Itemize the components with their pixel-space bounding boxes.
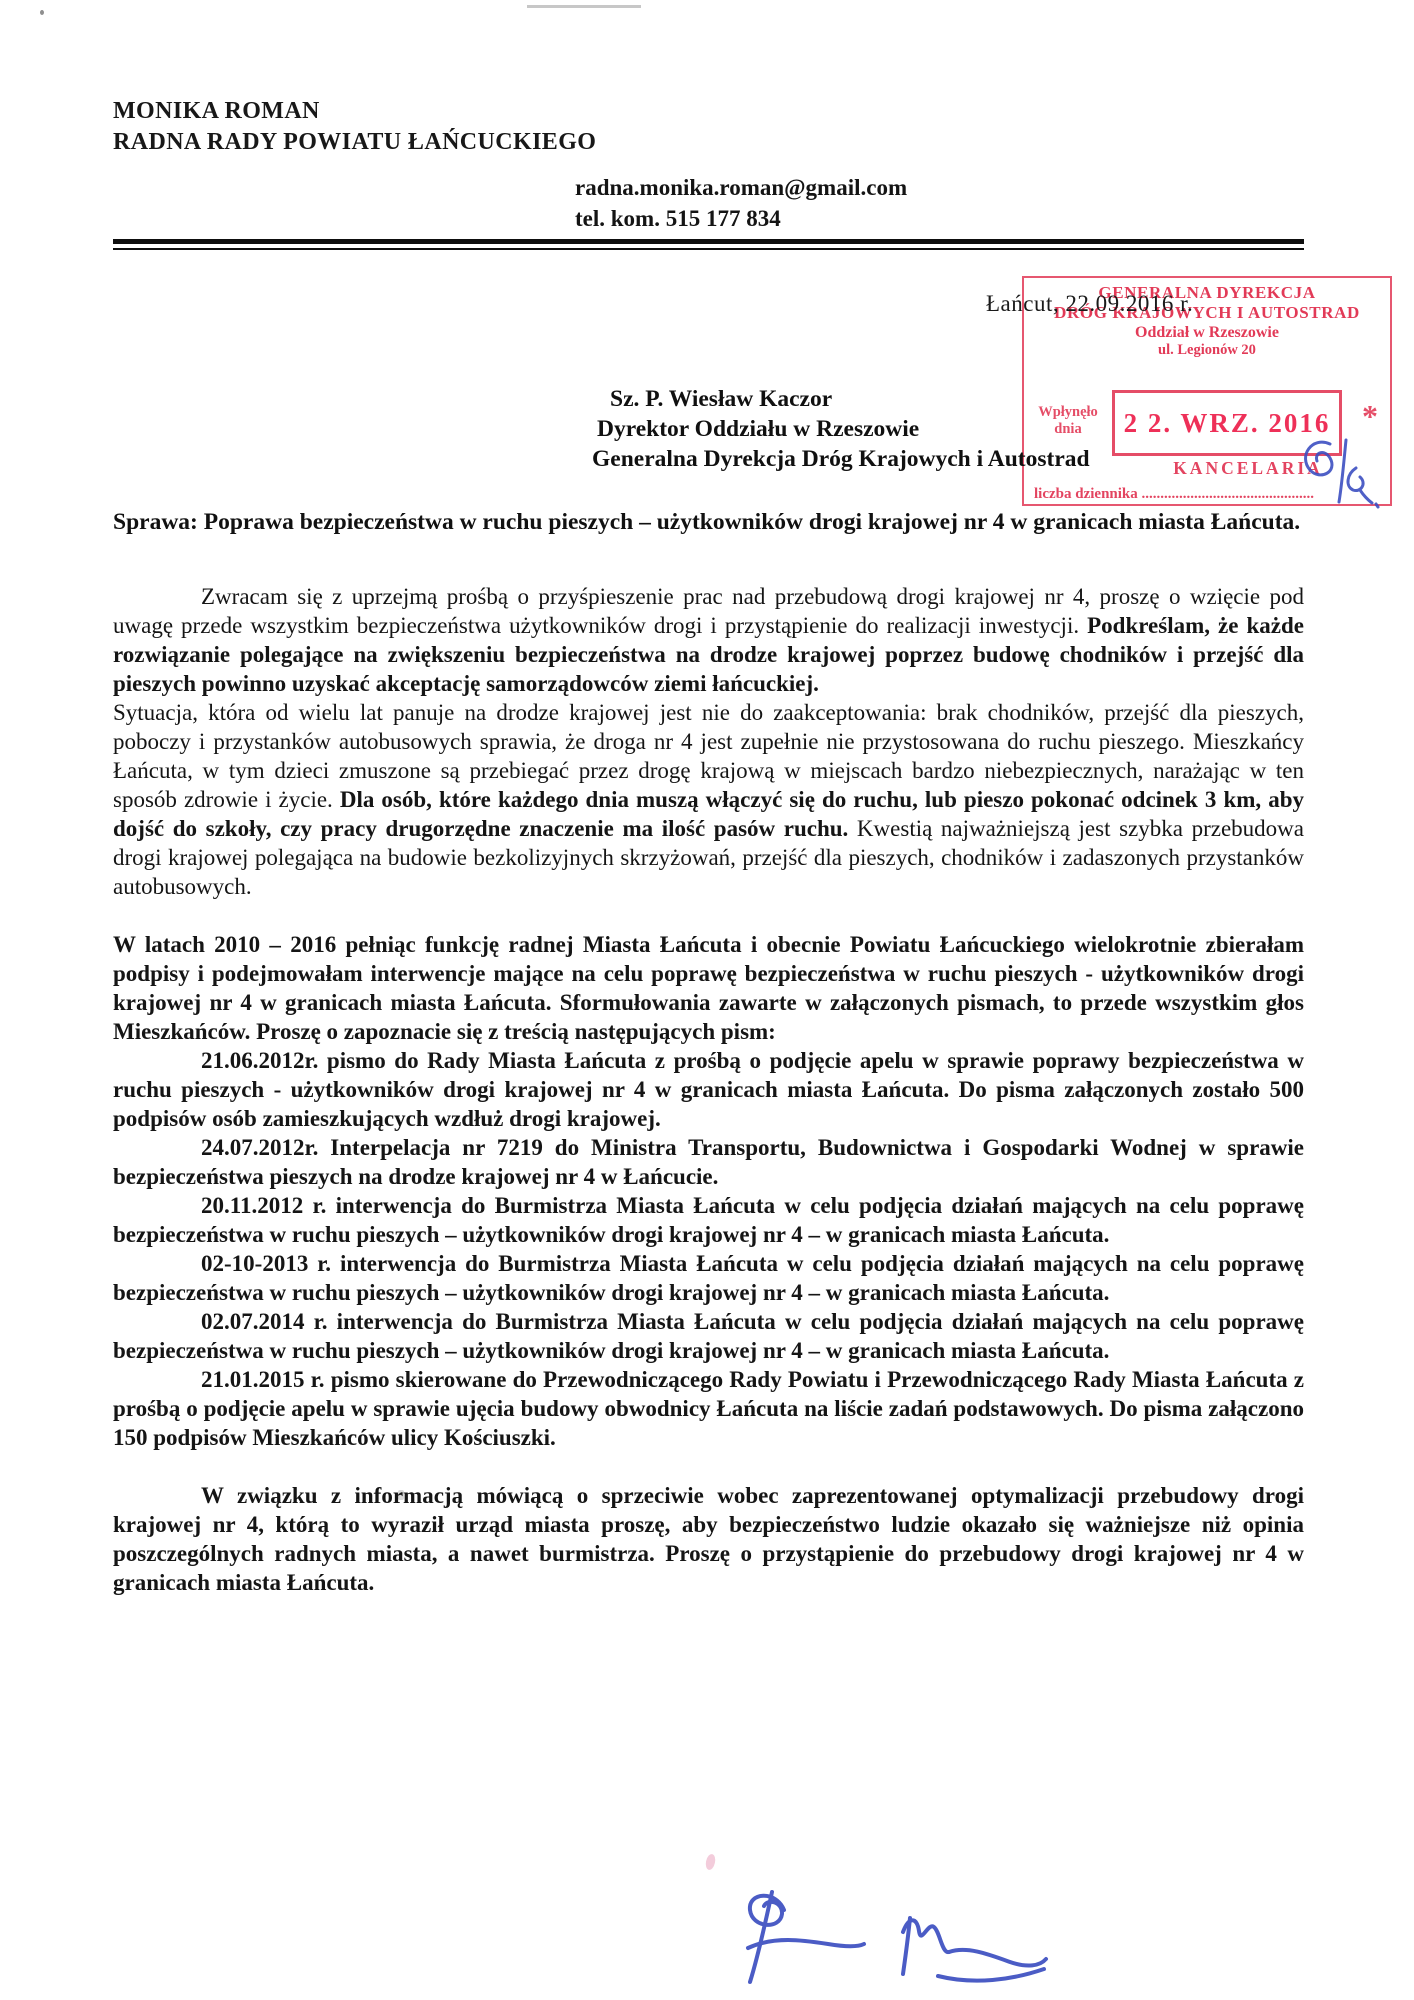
stamp-journal-label: liczba dziennika bbox=[1034, 486, 1138, 502]
paragraph: W związku z informacją mówiącą o sprzeci… bbox=[113, 1481, 1304, 1597]
subject-line: Sprawa: Poprawa bezpieczeństwa w ruchu p… bbox=[113, 507, 1304, 537]
sender-block: MONIKA ROMAN RADNA RADY POWIATU ŁAŃCUCKI… bbox=[113, 96, 596, 158]
recipient-block: Sz. P. Wiesław Kaczor Dyrektor Oddziału … bbox=[592, 384, 1090, 474]
bold-text-run: 02-10-2013 r. interwencja do Burmistrza … bbox=[113, 1251, 1304, 1305]
bold-text-run: 21.06.2012r. pismo do Rady Miasta Łańcut… bbox=[113, 1048, 1304, 1131]
paragraph: W latach 2010 – 2016 pełniąc funkcję rad… bbox=[113, 930, 1304, 1046]
paragraph: Sytuacja, która od wielu lat panuje na d… bbox=[113, 698, 1304, 901]
sender-contact-block: radna.monika.roman@gmail.com tel. kom. 5… bbox=[575, 172, 907, 234]
paragraph: 21.01.2015 r. pismo skierowane do Przewo… bbox=[113, 1365, 1304, 1452]
subject-text: Poprawa bezpieczeństwa w ruchu pieszych … bbox=[198, 509, 1300, 535]
bold-text-run: W związku z informacją mówiącą o sprzeci… bbox=[113, 1483, 1304, 1595]
handwritten-signature bbox=[712, 1884, 1052, 1996]
sender-phone: tel. kom. 515 177 834 bbox=[575, 203, 907, 234]
recipient-organization: Generalna Dyrekcja Dróg Krajowych i Auto… bbox=[592, 444, 1090, 474]
subject-label: Sprawa: bbox=[113, 509, 198, 535]
bold-text-run: W latach 2010 – 2016 pełniąc funkcję rad… bbox=[113, 932, 1304, 1044]
paragraph: 02.07.2014 r. interwencja do Burmistrza … bbox=[113, 1307, 1304, 1365]
bold-text-run: 21.01.2015 r. pismo skierowane do Przewo… bbox=[113, 1367, 1304, 1450]
letterhead-divider bbox=[113, 239, 1304, 250]
handwritten-initials bbox=[1290, 430, 1386, 518]
sender-email: radna.monika.roman@gmail.com bbox=[575, 172, 907, 203]
bold-text-run: 02.07.2014 r. interwencja do Burmistrza … bbox=[113, 1309, 1304, 1363]
stamp-journal-dots: ........................................… bbox=[1138, 486, 1314, 502]
sender-role: RADNA RADY POWIATU ŁAŃCUCKIEGO bbox=[113, 127, 596, 158]
scanner-artifact-dot bbox=[40, 10, 44, 15]
sender-name: MONIKA ROMAN bbox=[113, 96, 596, 127]
paragraph: Zwracam się z uprzejmą prośbą o przyśpie… bbox=[113, 582, 1304, 698]
paragraph: 24.07.2012r. Interpelacja nr 7219 do Min… bbox=[113, 1133, 1304, 1191]
scanner-artifact-smudge bbox=[704, 1853, 716, 1871]
scanned-letter-page: MONIKA ROMAN RADNA RADY POWIATU ŁAŃCUCKI… bbox=[0, 0, 1414, 2000]
place-and-date: Łańcut, 22.09.2016 r. bbox=[986, 291, 1193, 317]
paragraph: 20.11.2012 r. interwencja do Burmistrza … bbox=[113, 1191, 1304, 1249]
paragraph: 21.06.2012r. pismo do Rady Miasta Łańcut… bbox=[113, 1046, 1304, 1133]
stamp-org-line3: Oddział w Rzeszowie bbox=[1024, 323, 1390, 342]
bold-text-run: 20.11.2012 r. interwencja do Burmistrza … bbox=[113, 1193, 1304, 1247]
scanner-artifact-line bbox=[527, 5, 641, 8]
recipient-title: Dyrektor Oddziału w Rzeszowie bbox=[597, 414, 1090, 444]
letter-body: Zwracam się z uprzejmą prośbą o przyśpie… bbox=[113, 582, 1304, 1597]
paragraph: 02-10-2013 r. interwencja do Burmistrza … bbox=[113, 1249, 1304, 1307]
bold-text-run: 24.07.2012r. Interpelacja nr 7219 do Min… bbox=[113, 1135, 1304, 1189]
recipient-name: Sz. P. Wiesław Kaczor bbox=[610, 384, 1090, 414]
stamp-org-line4: ul. Legionów 20 bbox=[1024, 342, 1390, 359]
